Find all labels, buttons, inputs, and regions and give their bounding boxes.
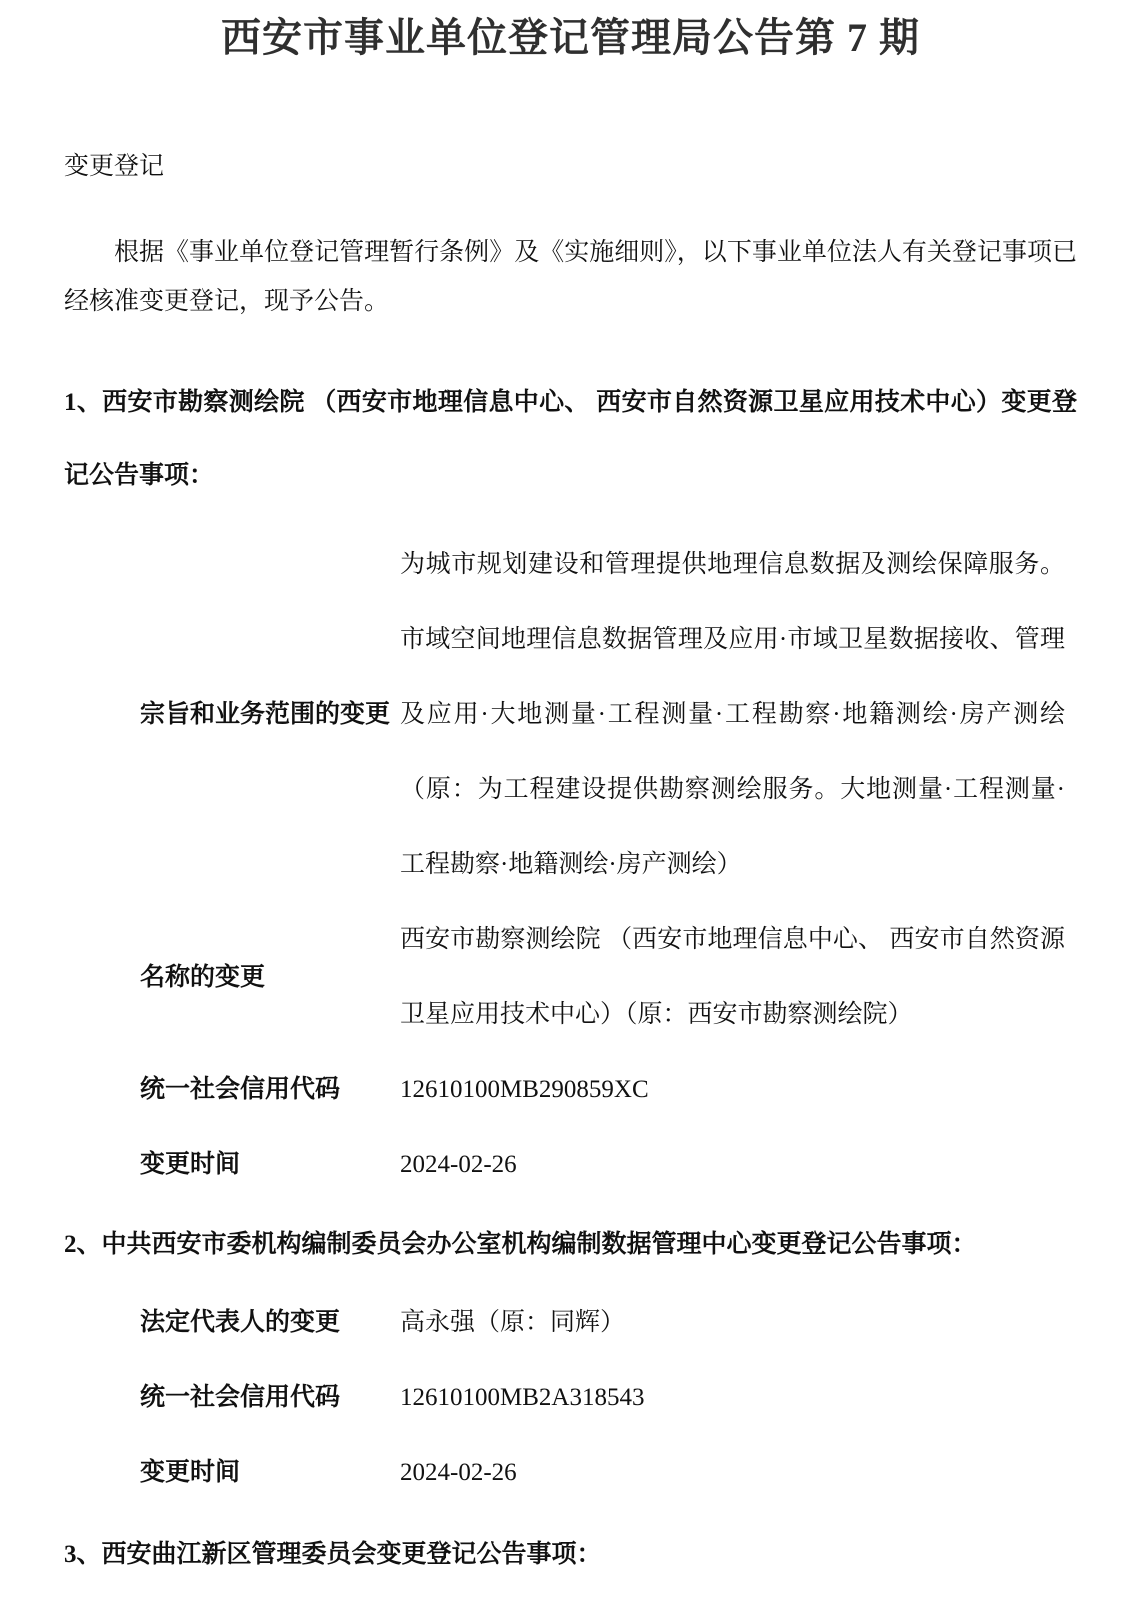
row-value: 12610100MB290859XC [400, 1052, 1065, 1127]
section-2-info-table: 法定代表人的变更 高永强（原：同辉） 统一社会信用代码 12610100MB2A… [64, 1285, 1077, 1510]
section-3-heading: 3、西安曲江新区管理委员会变更登记公告事项： [64, 1518, 1077, 1591]
row-label: 变更时间 [64, 1127, 400, 1202]
row-label: 法定代表人的变更 [64, 1285, 400, 1360]
table-row-change-date: 变更时间 2024-02-26 [64, 1435, 1077, 1510]
table-row-change-date: 变更时间 2024-02-26 [64, 1127, 1077, 1202]
section-2-heading: 2、中共西安市委机构编制委员会办公室机构编制数据管理中心变更登记公告事项： [64, 1208, 1077, 1281]
row-label: 统一社会信用代码 [64, 1360, 400, 1435]
row-value: 2024-02-26 [400, 1435, 1065, 1510]
table-row-name-change: 名称的变更 西安市勘察测绘院 （西安市地理信息中心、 西安市自然资源卫星应用技术… [64, 902, 1077, 1052]
section-1-info-table: 宗旨和业务范围的变更 为城市规划建设和管理提供地理信息数据及测绘保障服务。市域空… [64, 527, 1077, 1202]
row-label: 名称的变更 [64, 940, 400, 1015]
row-value: 12610100MB2A318543 [400, 1360, 1065, 1435]
row-value: 为城市规划建设和管理提供地理信息数据及测绘保障服务。市域空间地理信息数据管理及应… [400, 527, 1065, 902]
table-row-purpose-change: 宗旨和业务范围的变更 为城市规划建设和管理提供地理信息数据及测绘保障服务。市域空… [64, 527, 1077, 902]
page-title: 西安市事业单位登记管理局公告第 7 期 [64, 0, 1077, 62]
table-row-credit-code: 统一社会信用代码 12610100MB290859XC [64, 1052, 1077, 1127]
row-value: 高永强（原：同辉） [400, 1285, 1065, 1360]
table-row-credit-code: 统一社会信用代码 12610100MB2A318543 [64, 1360, 1077, 1435]
row-value: 2024-02-26 [400, 1127, 1065, 1202]
announcement-document: 西安市事业单位登记管理局公告第 7 期 变更登记 根据《事业单位登记管理暂行条例… [0, 0, 1141, 1600]
section-1-heading: 1、西安市勘察测绘院 （西安市地理信息中心、 西安市自然资源卫星应用技术中心）变… [64, 366, 1077, 512]
row-value: 西安市勘察测绘院 （西安市地理信息中心、 西安市自然资源卫星应用技术中心）（原：… [400, 902, 1065, 1052]
row-label: 统一社会信用代码 [64, 1052, 400, 1127]
intro-paragraph: 根据《事业单位登记管理暂行条例》及《实施细则》，以下事业单位法人有关登记事项已经… [64, 228, 1077, 326]
intro-section-label: 变更登记 [64, 153, 1077, 181]
row-label: 变更时间 [64, 1435, 400, 1510]
table-row-legal-rep-change: 法定代表人的变更 高永强（原：同辉） [64, 1285, 1077, 1360]
row-label: 宗旨和业务范围的变更 [64, 677, 400, 752]
